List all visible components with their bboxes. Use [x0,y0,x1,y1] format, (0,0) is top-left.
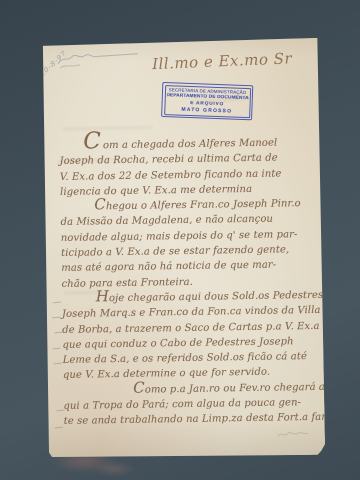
archive-stamp-frame: SECRETARIA DE ADMINISTRAÇÃO DEPARTAMENTO… [164,85,251,118]
margin-tick [54,332,62,334]
pencil-note [276,428,310,441]
manuscript-line: te se anda trabalhando na Limp.za desta … [64,410,314,429]
background-smudge [92,462,136,476]
manuscript-page: 20-8-97 Ill.mo e Ex.mo Sr SECRETARIA DE … [42,38,326,459]
letter-paragraph: Com a chegada dos Alferes ManoelJoseph d… [59,135,310,200]
archive-stamp: SECRETARIA DE ADMINISTRAÇÃO DEPARTAMENTO… [161,82,253,120]
ink-bleedthrough [63,126,153,129]
margin-tick [52,317,60,319]
letter-paragraph: Como p.a Jan.ro ou Fev.ro chegará a-qui … [63,380,314,430]
margin-tick [53,302,61,304]
letter-paragraph: Chegou o Alferes Fran.co Joseph Pinr.oda… [60,196,311,292]
letter-paragraph: Hoje chegarão aqui dous Sold.os Pedestre… [62,288,313,384]
photo-background: 20-8-97 Ill.mo e Ex.mo Sr SECRETARIA DE … [0,0,360,480]
margin-tick [55,427,63,429]
letter-body: Com a chegada dos Alferes ManoelJoseph d… [59,135,314,430]
salutation: Ill.mo e Ex.mo Sr [152,50,283,73]
margin-tick [53,348,61,350]
margin-tick [54,363,62,365]
